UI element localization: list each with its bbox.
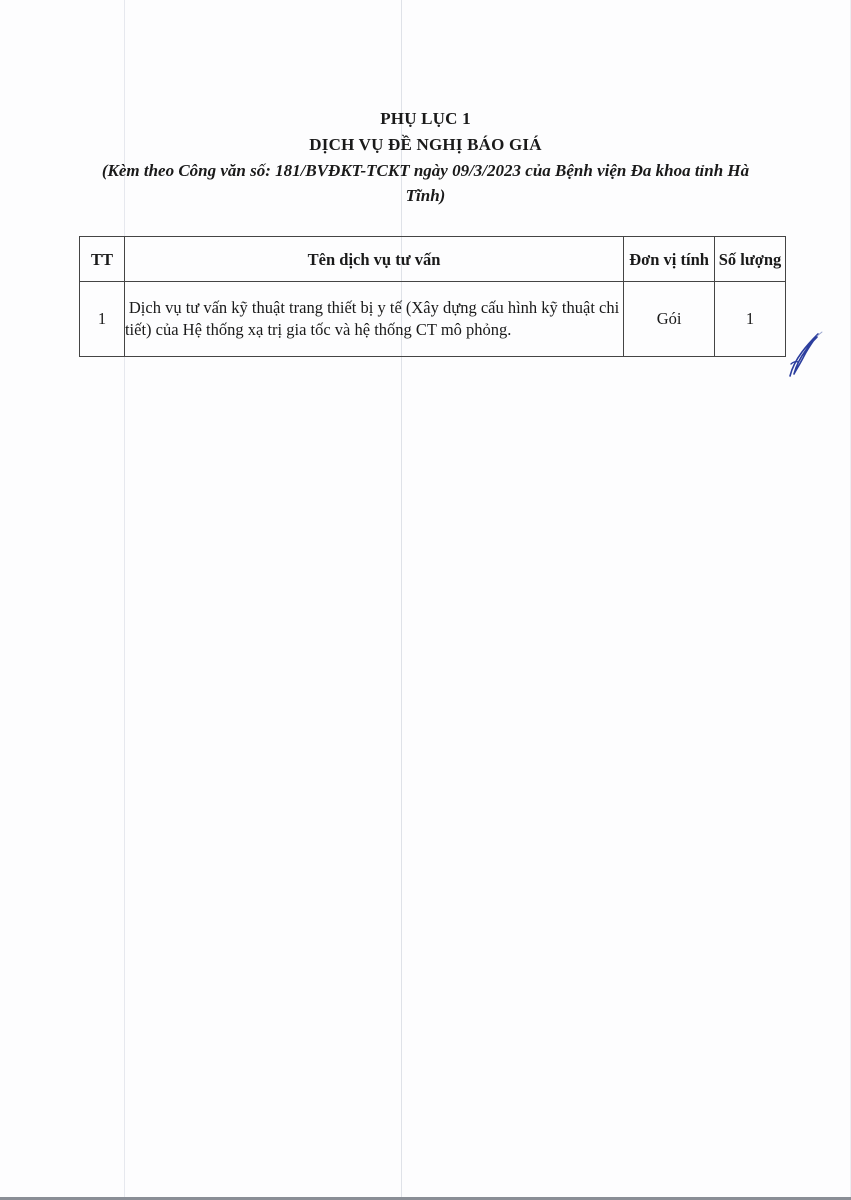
document-header: PHỤ LỤC 1 DỊCH VỤ ĐỀ NGHỊ BÁO GIÁ (Kèm t… — [0, 106, 851, 208]
cell-tt: 1 — [80, 282, 125, 357]
header-unit: Đơn vị tính — [624, 237, 715, 282]
table-header-row: TT Tên dịch vụ tư vấn Đơn vị tính Số lượ… — [80, 237, 786, 282]
appendix-title: PHỤ LỤC 1 — [0, 106, 851, 132]
signature-icon — [784, 330, 824, 380]
services-table: TT Tên dịch vụ tư vấn Đơn vị tính Số lượ… — [79, 236, 786, 357]
header-quantity: Số lượng — [715, 237, 786, 282]
header-service-name: Tên dịch vụ tư vấn — [124, 237, 623, 282]
cell-quantity: 1 — [715, 282, 786, 357]
table-row: 1 Dịch vụ tư vấn kỹ thuật trang thiết bị… — [80, 282, 786, 357]
reference-subtitle: (Kèm theo Công văn số: 181/BVĐKT-TCKT ng… — [96, 158, 756, 208]
cell-unit: Gói — [624, 282, 715, 357]
cell-service-name: Dịch vụ tư vấn kỹ thuật trang thiết bị y… — [124, 282, 623, 357]
main-title: DỊCH VỤ ĐỀ NGHỊ BÁO GIÁ — [0, 132, 851, 158]
header-tt: TT — [80, 237, 125, 282]
